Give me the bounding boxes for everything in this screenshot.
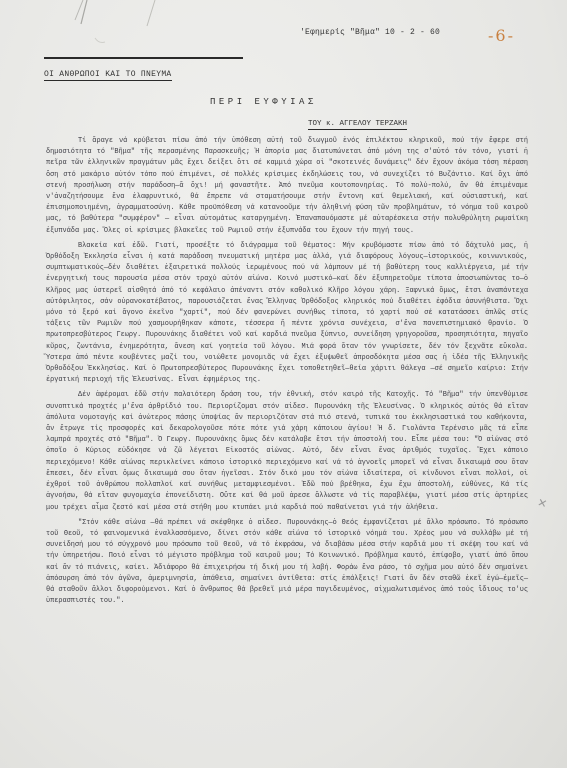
article-title: ΠΕΡΙ ΕΥΦΥΙΑΣ bbox=[210, 97, 317, 107]
paragraph: "Στόν κάθε αἰώνα —θά πρέπει νά σκέφθηκε … bbox=[46, 518, 528, 608]
article-body: Τί ἄραγε νά κρύβεται πίσω ἀπό τήν ὑπόθεσ… bbox=[46, 136, 528, 611]
margin-cross-mark: ✕ bbox=[536, 494, 549, 513]
pen-scratch-marks bbox=[55, 0, 215, 50]
paragraph: Δέν ἀφέρομαι ἐδῶ στήν παλαιότερη δράση τ… bbox=[46, 390, 528, 513]
horizontal-rule bbox=[44, 57, 243, 59]
article-author: ΤΟΥ κ. ΑΓΓΕΛΟΥ ΤΕΡΖΑΚΗ bbox=[308, 120, 407, 130]
paragraph: Τί ἄραγε νά κρύβεται πίσω ἀπό τήν ὑπόθεσ… bbox=[46, 136, 528, 237]
document-page: 'Εφημερίς "Βῆμα" 10 - 2 - 60 -6- ΟΙ ΑΝΘΡ… bbox=[0, 0, 567, 768]
handwritten-page-number: -6- bbox=[488, 26, 515, 45]
paragraph: Βλακεία καί ἐδῶ. Γιατί, προσέξτε τό διάγ… bbox=[46, 241, 528, 387]
newspaper-source-date: 'Εφημερίς "Βῆμα" 10 - 2 - 60 bbox=[0, 28, 440, 37]
section-heading: ΟΙ ΑΝΘΡΩΠΟΙ ΚΑΙ ΤΟ ΠΝΕΥΜΑ bbox=[44, 70, 172, 81]
